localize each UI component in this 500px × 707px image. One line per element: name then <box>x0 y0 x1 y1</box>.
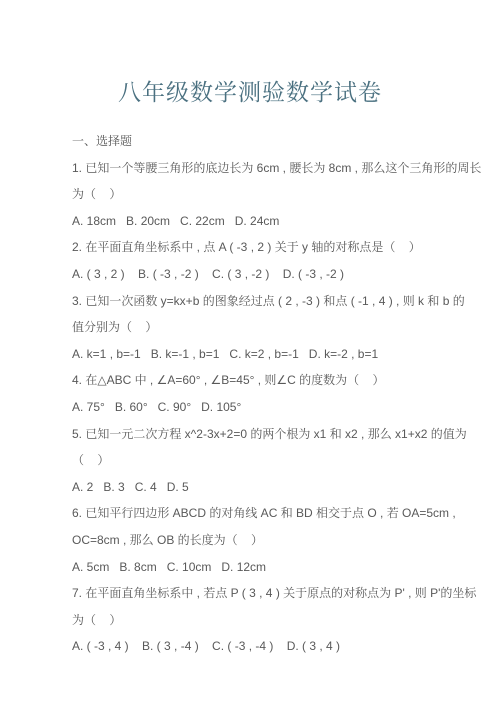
question-line: 5. 已知一元二次方程 x^2-3x+2=0 的两个根为 x1 和 x2 , 那… <box>72 421 470 448</box>
question-line: 4. 在△ABC 中 , ∠A=60° , ∠B=45° , 则∠C 的度数为（… <box>72 367 470 394</box>
question-line: 值分别为（ ） <box>72 314 470 341</box>
question-options-line: A. k=1 , b=-1 B. k=-1 , b=1 C. k=2 , b=-… <box>72 341 470 368</box>
question-line: 为（ ） <box>72 607 470 634</box>
question-block-2: 2. 在平面直角坐标系中 , 点 A ( -3 , 2 ) 关于 y 轴的对称点… <box>72 234 470 287</box>
question-block-7: 7. 在平面直角坐标系中 , 若点 P ( 3 , 4 ) 关于原点的对称点为 … <box>72 580 470 660</box>
question-options-line: A. 2 B. 3 C. 4 D. 5 <box>72 474 470 501</box>
question-options-line: A. 18cm B. 20cm C. 22cm D. 24cm <box>72 208 470 235</box>
question-block-1: 1. 已知一个等腰三角形的底边长为 6cm , 腰长为 8cm , 那么这个三角… <box>72 155 470 235</box>
question-options-line: A. ( 3 , 2 ) B. ( -3 , -2 ) C. ( 3 , -2 … <box>72 261 470 288</box>
section-header: 一、选择题 <box>72 128 470 155</box>
question-line: 3. 已知一次函数 y=kx+b 的图象经过点 ( 2 , -3 ) 和点 ( … <box>72 288 470 315</box>
document-body: 一、选择题 1. 已知一个等腰三角形的底边长为 6cm , 腰长为 8cm , … <box>0 128 500 660</box>
question-line: 2. 在平面直角坐标系中 , 点 A ( -3 , 2 ) 关于 y 轴的对称点… <box>72 234 470 261</box>
question-line: 7. 在平面直角坐标系中 , 若点 P ( 3 , 4 ) 关于原点的对称点为 … <box>72 580 470 607</box>
question-block-4: 4. 在△ABC 中 , ∠A=60° , ∠B=45° , 则∠C 的度数为（… <box>72 367 470 420</box>
question-line: 为（ ） <box>72 181 470 208</box>
question-options-line: A. 5cm B. 8cm C. 10cm D. 12cm <box>72 554 470 581</box>
question-options-line: A. ( -3 , 4 ) B. ( 3 , -4 ) C. ( -3 , -4… <box>72 633 470 660</box>
question-line: 6. 已知平行四边形 ABCD 的对角线 AC 和 BD 相交于点 O , 若 … <box>72 500 470 527</box>
question-options-line: A. 75° B. 60° C. 90° D. 105° <box>72 394 470 421</box>
question-line: 1. 已知一个等腰三角形的底边长为 6cm , 腰长为 8cm , 那么这个三角… <box>72 155 470 182</box>
document-title: 八年级数学测验数学试卷 <box>0 0 500 110</box>
question-block-5: 5. 已知一元二次方程 x^2-3x+2=0 的两个根为 x1 和 x2 , 那… <box>72 421 470 501</box>
question-block-6: 6. 已知平行四边形 ABCD 的对角线 AC 和 BD 相交于点 O , 若 … <box>72 500 470 580</box>
question-line: （ ） <box>72 447 470 474</box>
question-line: OC=8cm , 那么 OB 的长度为（ ） <box>72 527 470 554</box>
question-block-3: 3. 已知一次函数 y=kx+b 的图象经过点 ( 2 , -3 ) 和点 ( … <box>72 288 470 368</box>
document-page: 八年级数学测验数学试卷 一、选择题 1. 已知一个等腰三角形的底边长为 6cm … <box>0 0 500 707</box>
